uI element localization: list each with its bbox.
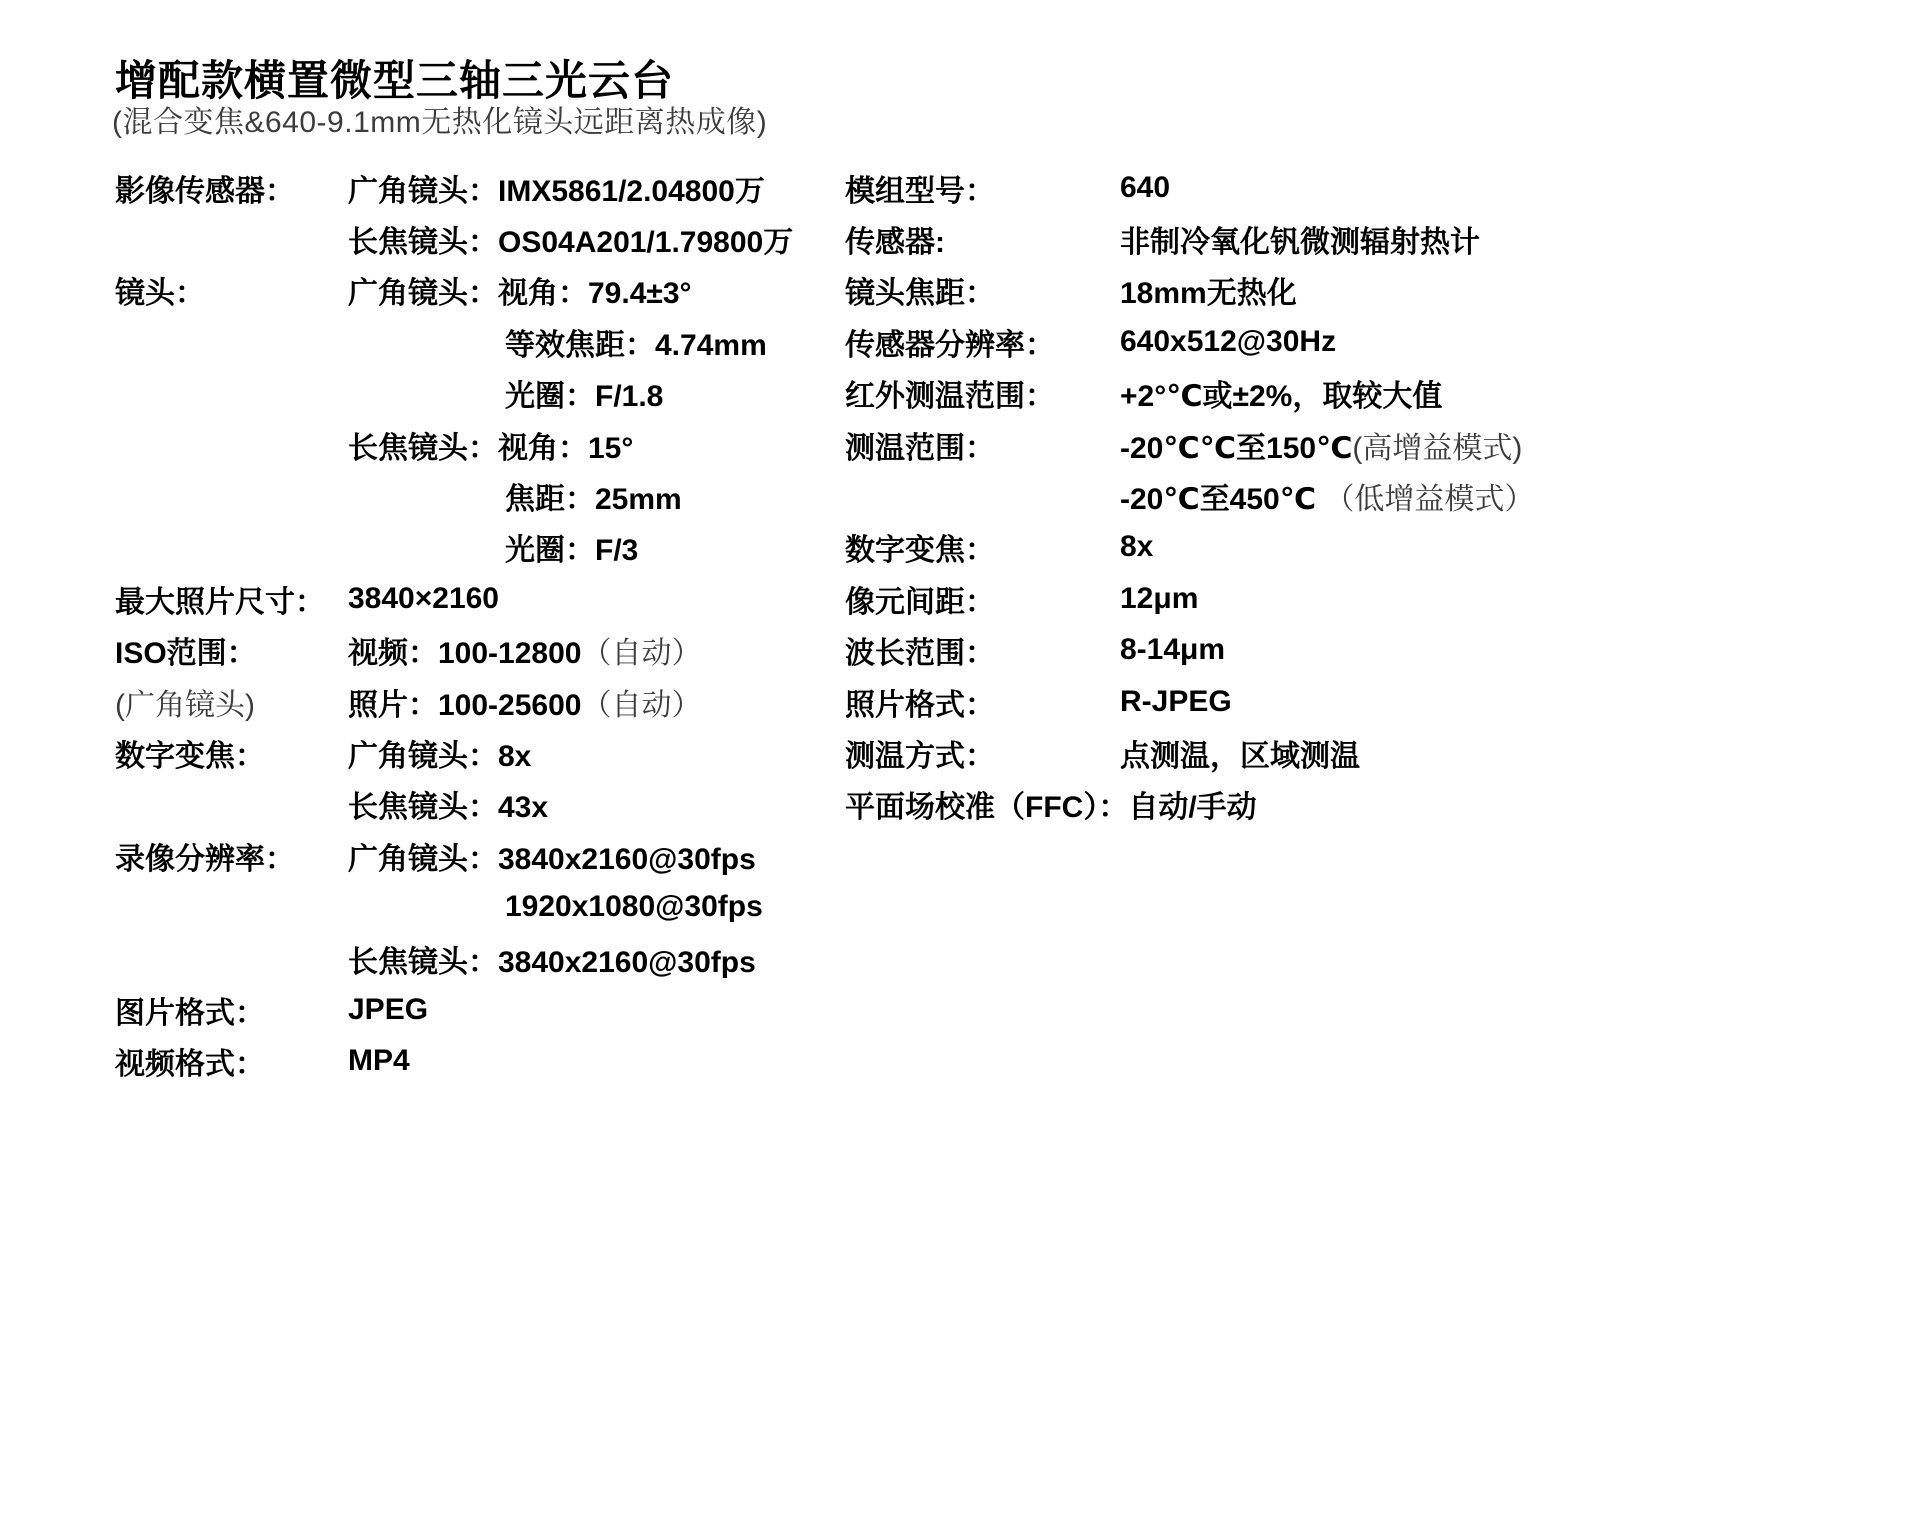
spec-row: 长焦镜头：3840x2160@30fps: [115, 933, 855, 984]
spec-row: 波长范围： 8-14μm: [845, 625, 1920, 676]
spec-value: -20℃℃至150℃(高增益模式): [1120, 423, 1522, 467]
spec-row: (广角镜头) 照片：100-25600（自动）: [115, 676, 855, 727]
spec-sheet-page: 增配款横置微型三轴三光云台 (混合变焦&640-9.1mm无热化镜头远距离热成像…: [0, 0, 1920, 1519]
spec-value: -20℃至450℃ （低增益模式）: [1120, 474, 1534, 518]
spec-label: 最大照片尺寸：: [115, 577, 348, 621]
spec-label: 传感器分辨率：: [845, 320, 1120, 364]
spec-value: 广角镜头：8x: [348, 731, 531, 775]
spec-row: 长焦镜头：OS04A201/1.79800万: [115, 213, 855, 264]
spec-label: 数字变焦：: [115, 731, 348, 775]
spec-value: 自动/手动: [1128, 782, 1256, 826]
spec-label: 镜头焦距：: [845, 268, 1120, 312]
spec-value: 18mm无热化: [1120, 268, 1297, 312]
spec-value: 3840×2160: [348, 582, 499, 616]
spec-label: 红外测温范围：: [845, 371, 1120, 415]
spec-value: MP4: [348, 1044, 410, 1078]
spec-value: 长焦镜头：OS04A201/1.79800万: [348, 217, 793, 261]
spec-label: 平面场校准（FFC）：: [845, 782, 1128, 826]
spec-label: 测温范围：: [845, 423, 1120, 467]
spec-label: 图片格式：: [115, 988, 348, 1032]
spec-row: 长焦镜头：43x: [115, 779, 855, 830]
spec-value: 光圈：F/3: [348, 525, 638, 569]
spec-value: 广角镜头：视角：79.4±3°: [348, 268, 692, 312]
spec-row: 传感器分辨率： 640x512@30Hz: [845, 316, 1920, 367]
spec-row: 传感器: 非制冷氧化钒微测辐射热计: [845, 213, 1920, 264]
spec-value: R-JPEG: [1120, 685, 1232, 719]
spec-value: 8-14μm: [1120, 633, 1225, 667]
spec-label: 传感器:: [845, 217, 1120, 261]
spec-label: ISO范围：: [115, 628, 348, 672]
page-subtitle: (混合变焦&640-9.1mm无热化镜头远距离热成像): [112, 97, 767, 141]
spec-label: 照片格式：: [845, 680, 1120, 724]
spec-value: 点测温，区域测温: [1120, 731, 1360, 775]
spec-row: 光圈：F/1.8: [115, 368, 855, 419]
spec-value: 等效焦距：4.74mm: [348, 320, 767, 364]
spec-label: 镜头：: [115, 268, 348, 312]
spec-row: 焦距：25mm: [115, 470, 855, 521]
spec-row: 视频格式： MP4: [115, 1036, 855, 1087]
spec-value: 照片：100-25600（自动）: [348, 680, 701, 724]
spec-label: 模组型号：: [845, 166, 1120, 210]
spec-value: 640x512@30Hz: [1120, 325, 1336, 359]
spec-row: 测温范围： -20℃℃至150℃(高增益模式): [845, 419, 1920, 470]
spec-row: 平面场校准（FFC）： 自动/手动: [845, 779, 1920, 830]
spec-value: 视频：100-12800（自动）: [348, 628, 701, 672]
spec-value: 焦距：25mm: [348, 474, 682, 518]
spec-row: 1920x1080@30fps: [115, 881, 855, 932]
spec-value: 广角镜头：3840x2160@30fps: [348, 834, 756, 878]
spec-row: 像元间距： 12μm: [845, 573, 1920, 624]
spec-value: 长焦镜头：视角：15°: [348, 423, 633, 467]
spec-value: JPEG: [348, 993, 428, 1027]
spec-row: 图片格式： JPEG: [115, 984, 855, 1035]
spec-row: 照片格式： R-JPEG: [845, 676, 1920, 727]
spec-value: 长焦镜头：43x: [348, 782, 548, 826]
spec-value: 长焦镜头：3840x2160@30fps: [348, 937, 756, 981]
spec-row: 测温方式： 点测温，区域测温: [845, 727, 1920, 778]
spec-row: 光圈：F/3: [115, 522, 855, 573]
spec-label: 测温方式：: [845, 731, 1120, 775]
spec-value: 广角镜头：IMX5861/2.04800万: [348, 166, 765, 210]
spec-value: 非制冷氧化钒微测辐射热计: [1120, 217, 1480, 261]
spec-label: 视频格式：: [115, 1039, 348, 1083]
spec-label: 录像分辨率：: [115, 834, 348, 878]
spec-row: 最大照片尺寸： 3840×2160: [115, 573, 855, 624]
spec-value: 8x: [1120, 530, 1153, 564]
spec-row: 等效焦距：4.74mm: [115, 316, 855, 367]
spec-column-visible-light: 影像传感器： 广角镜头：IMX5861/2.04800万 长焦镜头：OS04A2…: [115, 162, 855, 1087]
spec-row: 模组型号： 640: [845, 162, 1920, 213]
spec-row: 红外测温范围： +2°℃或±2%，取较大值: [845, 368, 1920, 419]
spec-row: 影像传感器： 广角镜头：IMX5861/2.04800万: [115, 162, 855, 213]
spec-value: +2°℃或±2%，取较大值: [1120, 371, 1442, 415]
spec-row: ISO范围： 视频：100-12800（自动）: [115, 625, 855, 676]
spec-value: 640: [1120, 171, 1170, 205]
spec-label: (广角镜头): [115, 680, 348, 724]
spec-column-thermal: 模组型号： 640 传感器: 非制冷氧化钒微测辐射热计 镜头焦距： 18mm无热…: [845, 162, 1920, 830]
spec-label: 影像传感器：: [115, 166, 348, 210]
spec-row: 录像分辨率： 广角镜头：3840x2160@30fps: [115, 830, 855, 881]
spec-label: 数字变焦：: [845, 525, 1120, 569]
spec-label: 波长范围：: [845, 628, 1120, 672]
spec-value: 1920x1080@30fps: [348, 890, 763, 924]
spec-row: -20℃至450℃ （低增益模式）: [845, 470, 1920, 521]
spec-value: 光圈：F/1.8: [348, 371, 663, 415]
spec-row: 长焦镜头：视角：15°: [115, 419, 855, 470]
spec-row: 数字变焦： 广角镜头：8x: [115, 727, 855, 778]
spec-row: 镜头： 广角镜头：视角：79.4±3°: [115, 265, 855, 316]
spec-label: 像元间距：: [845, 577, 1120, 621]
spec-row: 数字变焦： 8x: [845, 522, 1920, 573]
spec-value: 12μm: [1120, 582, 1198, 616]
spec-row: 镜头焦距： 18mm无热化: [845, 265, 1920, 316]
